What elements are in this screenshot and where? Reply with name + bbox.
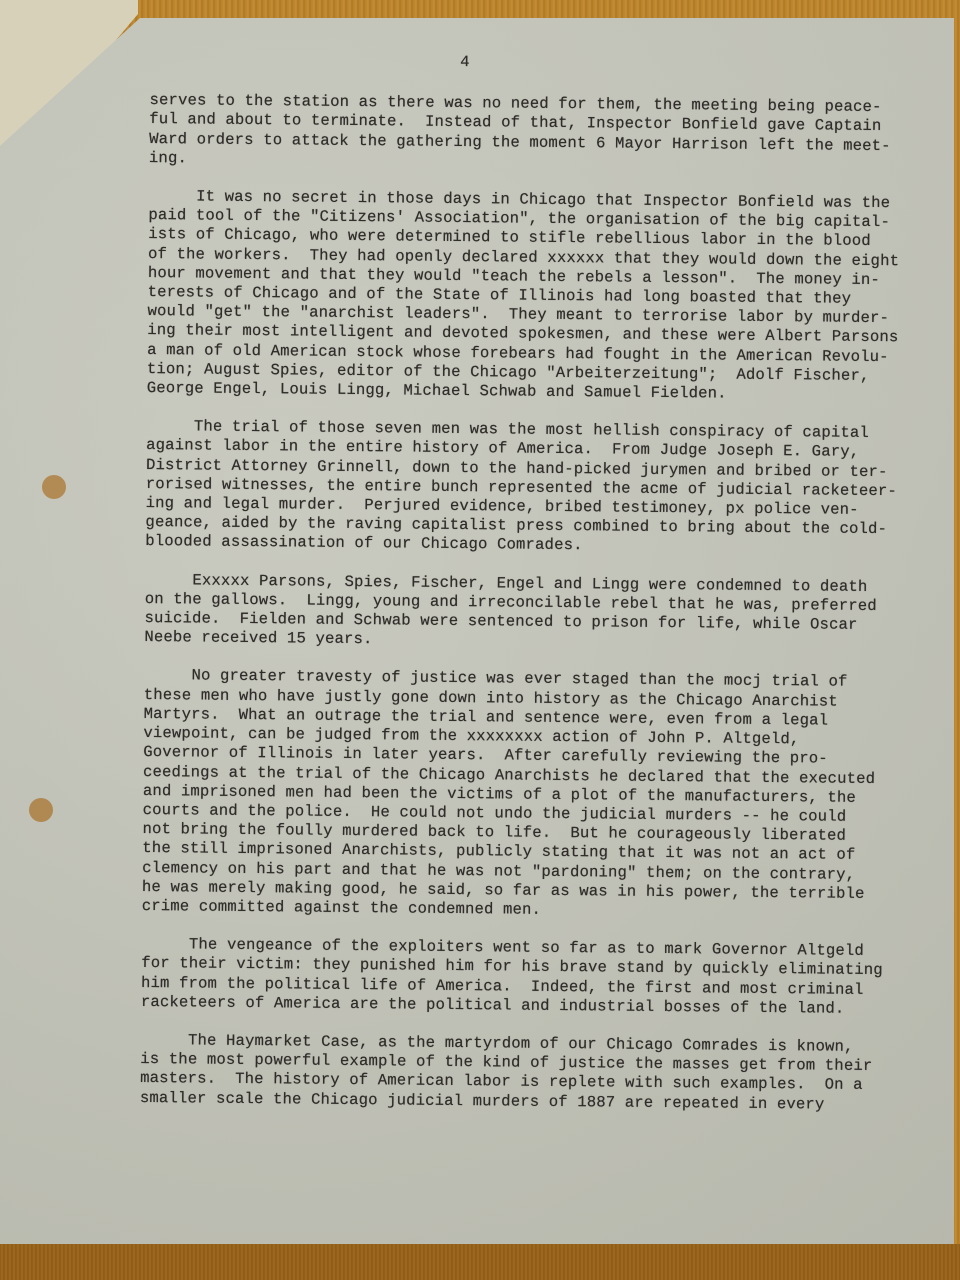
paragraph: The vengeance of the exploiters went so … — [141, 935, 882, 1019]
paragraph: The Haymarket Case, as the martyrdom of … — [140, 1031, 881, 1115]
punch-hole — [29, 798, 53, 822]
punch-hole — [42, 475, 66, 499]
page-text: 4 serves to the station as there was no … — [140, 50, 890, 1134]
paragraph: serves to the station as there was no ne… — [149, 91, 890, 175]
paragraph: No greater travesty of justice was ever … — [142, 666, 884, 923]
desk-surface — [0, 1244, 960, 1280]
paragraphs: serves to the station as there was no ne… — [140, 91, 890, 1115]
paragraph: Exxxxx Parsons, Spies, Fischer, Engel an… — [144, 571, 885, 655]
paragraph: It was no secret in those days in Chicag… — [147, 187, 889, 405]
paragraph: The trial of those seven men was the mos… — [145, 417, 886, 559]
